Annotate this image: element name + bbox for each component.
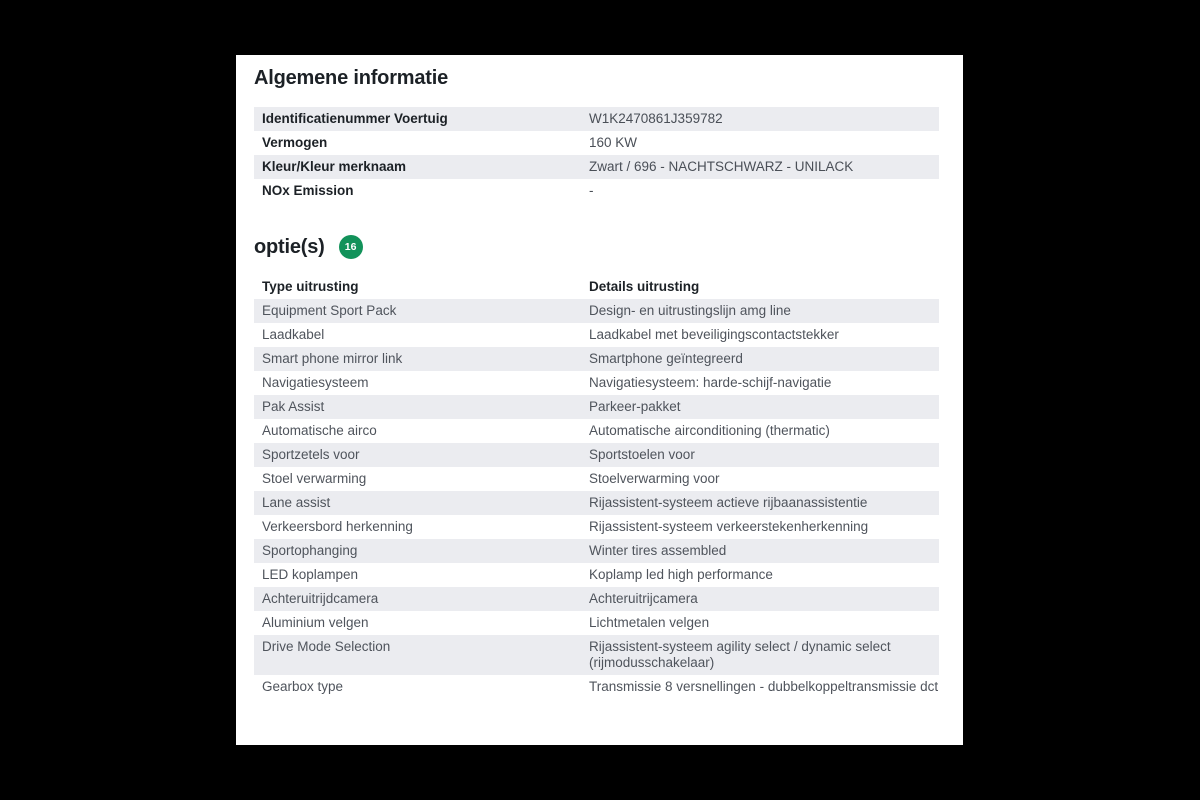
column-header-details: Details uitrusting <box>589 275 939 299</box>
table-row: Gearbox typeTransmissie 8 versnellingen … <box>254 675 939 715</box>
general-row-power: Vermogen 160 KW <box>254 131 939 155</box>
row-label: NOx Emission <box>254 179 589 203</box>
equipment-details: Rijassistent-systeem verkeerstekenherken… <box>589 515 939 539</box>
equipment-details: Smartphone geïntegreerd <box>589 347 939 371</box>
equipment-type: Stoel verwarming <box>254 467 589 491</box>
equipment-type: Gearbox type <box>254 679 589 695</box>
general-info-title: Algemene informatie <box>254 67 448 90</box>
vehicle-info-card: Algemene informatie Identificatienummer … <box>236 55 963 745</box>
equipment-details: Automatische airconditioning (thermatic) <box>589 419 939 443</box>
equipment-type: Automatische airco <box>254 419 589 443</box>
equipment-type: Achteruitrijdcamera <box>254 587 589 611</box>
options-table-header: Type uitrusting Details uitrusting <box>254 275 939 299</box>
equipment-type: Sportzetels voor <box>254 443 589 467</box>
row-label: Kleur/Kleur merknaam <box>254 155 589 179</box>
equipment-details: Rijassistent-systeem actieve rijbaanassi… <box>589 491 939 515</box>
row-value: - <box>589 179 939 203</box>
general-row-nox: NOx Emission - <box>254 179 939 203</box>
equipment-type: Equipment Sport Pack <box>254 299 589 323</box>
row-value: Zwart / 696 - NACHTSCHWARZ - UNILACK <box>589 155 939 179</box>
equipment-details: Rijassistent-systeem agility select / dy… <box>589 639 939 671</box>
equipment-type: Aluminium velgen <box>254 611 589 635</box>
equipment-details: Parkeer-pakket <box>589 395 939 419</box>
table-row: Equipment Sport PackDesign- en uitrustin… <box>254 299 939 323</box>
table-row: Verkeersbord herkenningRijassistent-syst… <box>254 515 939 539</box>
equipment-type: Smart phone mirror link <box>254 347 589 371</box>
table-row: AchteruitrijdcameraAchteruitrijcamera <box>254 587 939 611</box>
table-row: Stoel verwarmingStoelverwarming voor <box>254 467 939 491</box>
equipment-details: Winter tires assembled <box>589 539 939 563</box>
equipment-details: Achteruitrijcamera <box>589 587 939 611</box>
equipment-details: Lichtmetalen velgen <box>589 611 939 635</box>
equipment-type: Sportophanging <box>254 539 589 563</box>
table-row: Aluminium velgenLichtmetalen velgen <box>254 611 939 635</box>
table-row: Automatische aircoAutomatische aircondit… <box>254 419 939 443</box>
equipment-type: Drive Mode Selection <box>254 639 589 655</box>
general-row-vin: Identificatienummer Voertuig W1K2470861J… <box>254 107 939 131</box>
general-row-color: Kleur/Kleur merknaam Zwart / 696 - NACHT… <box>254 155 939 179</box>
equipment-type: Navigatiesysteem <box>254 371 589 395</box>
equipment-details: Laadkabel met beveiligingscontactstekker <box>589 323 939 347</box>
options-header: optie(s) 16 <box>254 235 363 259</box>
table-row: LED koplampenKoplamp led high performanc… <box>254 563 939 587</box>
table-row: Pak AssistParkeer-pakket <box>254 395 939 419</box>
table-row: SportophangingWinter tires assembled <box>254 539 939 563</box>
equipment-type: LED koplampen <box>254 563 589 587</box>
row-value: 160 KW <box>589 131 939 155</box>
table-row: Drive Mode SelectionRijassistent-systeem… <box>254 635 939 675</box>
table-row: LaadkabelLaadkabel met beveiligingsconta… <box>254 323 939 347</box>
table-row: Sportzetels voorSportstoelen voor <box>254 443 939 467</box>
equipment-type: Verkeersbord herkenning <box>254 515 589 539</box>
general-info-table: Identificatienummer Voertuig W1K2470861J… <box>254 107 939 203</box>
row-label: Identificatienummer Voertuig <box>254 107 589 131</box>
equipment-details: Navigatiesysteem: harde-schijf-navigatie <box>589 371 939 395</box>
equipment-details: Koplamp led high performance <box>589 563 939 587</box>
equipment-details: Transmissie 8 versnellingen - dubbelkopp… <box>589 679 939 695</box>
table-row: Lane assistRijassistent-systeem actieve … <box>254 491 939 515</box>
equipment-details: Stoelverwarming voor <box>589 467 939 491</box>
row-label: Vermogen <box>254 131 589 155</box>
options-title: optie(s) <box>254 236 325 259</box>
options-table: Type uitrusting Details uitrusting Equip… <box>254 275 939 715</box>
equipment-type: Pak Assist <box>254 395 589 419</box>
equipment-details: Design- en uitrustingslijn amg line <box>589 299 939 323</box>
column-header-type: Type uitrusting <box>254 275 589 299</box>
row-value: W1K2470861J359782 <box>589 107 939 131</box>
options-count-badge: 16 <box>339 235 363 259</box>
equipment-type: Lane assist <box>254 491 589 515</box>
equipment-details: Sportstoelen voor <box>589 443 939 467</box>
table-row: Smart phone mirror linkSmartphone geïnte… <box>254 347 939 371</box>
equipment-type: Laadkabel <box>254 323 589 347</box>
table-row: NavigatiesysteemNavigatiesysteem: harde-… <box>254 371 939 395</box>
